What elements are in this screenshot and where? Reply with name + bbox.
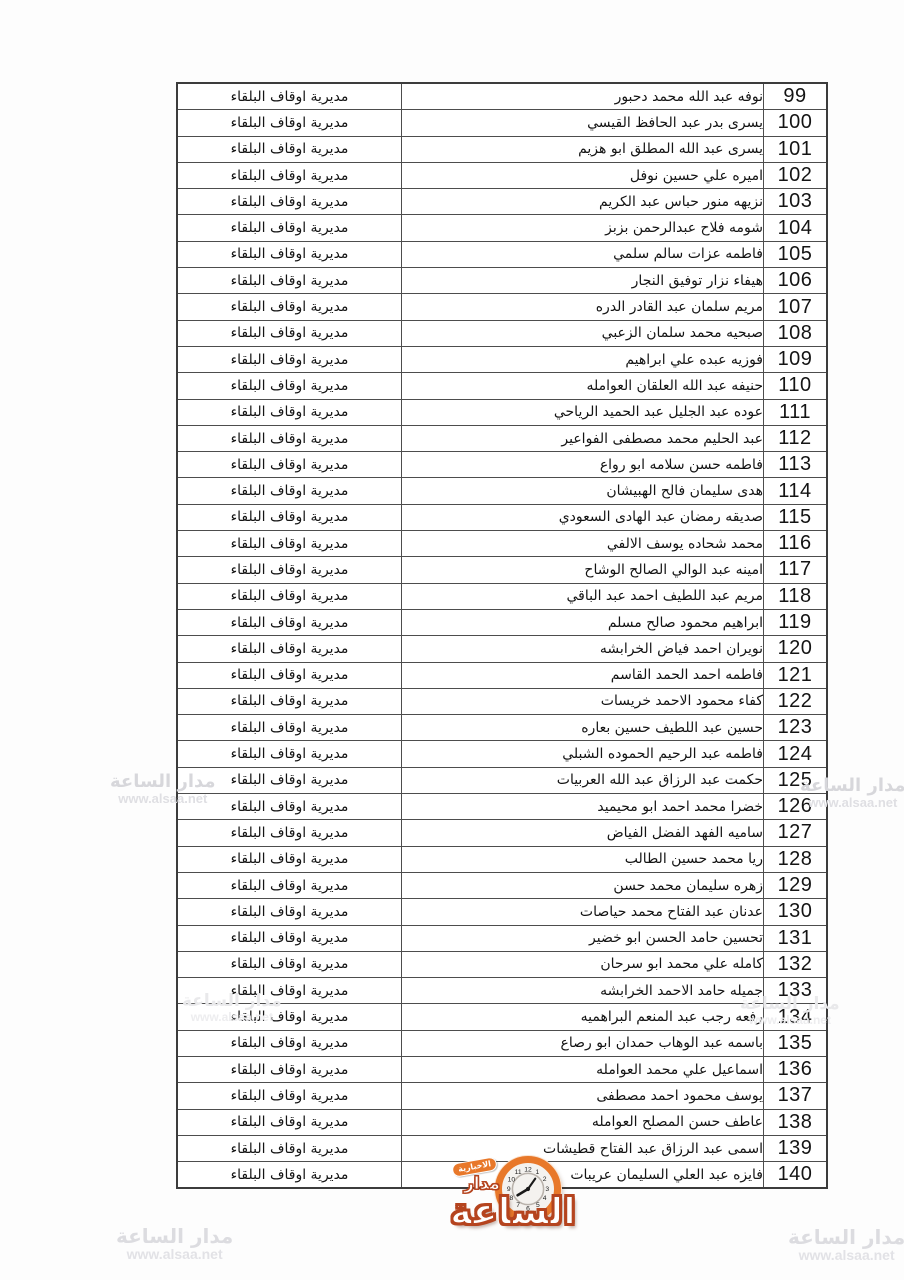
directorate-cell: مديرية اوقاف البلقاء [177, 767, 402, 793]
directorate-cell: مديرية اوقاف البلقاء [177, 636, 402, 662]
person-name-cell: عاطف حسن المصلح العوامله [402, 1109, 764, 1135]
directorate-cell: مديرية اوقاف البلقاء [177, 978, 402, 1004]
person-name-cell: حسين عبد اللطيف حسين بعاره [402, 715, 764, 741]
row-number-cell: 125 [764, 767, 828, 793]
table-row: 137 يوسف محمود احمد مصطفى مديرية اوقاف ا… [177, 1083, 827, 1109]
table-row: 100 يسرى بدر عبد الحافظ القيسي مديرية او… [177, 110, 827, 136]
table-row: 104 شومه فلاح عبدالرحمن بزبز مديرية اوقا… [177, 215, 827, 241]
table-row: 131 تحسين حامد الحسن ابو خضير مديرية اوق… [177, 925, 827, 951]
row-number-cell: 103 [764, 189, 828, 215]
roster-table: 99 نوفه عبد الله محمد دحبور مديرية اوقاف… [176, 82, 828, 1189]
directorate-cell: مديرية اوقاف البلقاء [177, 951, 402, 977]
row-number-cell: 131 [764, 925, 828, 951]
table-row: 134 رفعه رجب عبد المنعم البراهميه مديرية… [177, 1004, 827, 1030]
table-row: 106 هيفاء نزار توفيق النجار مديرية اوقاف… [177, 268, 827, 294]
person-name-cell: اسماعيل علي محمد العوامله [402, 1056, 764, 1082]
row-number-cell: 109 [764, 346, 828, 372]
person-name-cell: كامله علي محمد ابو سرحان [402, 951, 764, 977]
person-name-cell: شومه فلاح عبدالرحمن بزبز [402, 215, 764, 241]
person-name-cell: اميره علي حسين نوفل [402, 162, 764, 188]
table-row: 108 صبحيه محمد سلمان الزعبي مديرية اوقاف… [177, 320, 827, 346]
person-name-cell: باسمه عبد الوهاب حمدان ابو رصاع [402, 1030, 764, 1056]
person-name-cell: مريم عبد اللطيف احمد عبد الباقي [402, 583, 764, 609]
directorate-cell: مديرية اوقاف البلقاء [177, 1004, 402, 1030]
directorate-cell: مديرية اوقاف البلقاء [177, 1162, 402, 1189]
person-name-cell: يوسف محمود احمد مصطفى [402, 1083, 764, 1109]
row-number-cell: 128 [764, 846, 828, 872]
directorate-cell: مديرية اوقاف البلقاء [177, 820, 402, 846]
person-name-cell: زهره سليمان محمد حسن [402, 872, 764, 898]
watermark-url-text: www.alsaa.net [116, 1247, 233, 1262]
row-number-cell: 105 [764, 241, 828, 267]
svg-text:12: 12 [524, 1166, 532, 1173]
row-number-cell: 119 [764, 609, 828, 635]
directorate-cell: مديرية اوقاف البلقاء [177, 294, 402, 320]
row-number-cell: 112 [764, 425, 828, 451]
row-number-cell: 117 [764, 557, 828, 583]
table-row: 133 جميله حامد الاحمد الخرابشه مديرية او… [177, 978, 827, 1004]
table-row: 110 حنيفه عبد الله العلقان العوامله مدير… [177, 373, 827, 399]
row-number-cell: 120 [764, 636, 828, 662]
person-name-cell: مريم سلمان عبد القادر الدره [402, 294, 764, 320]
table-row: 130 عدنان عبد الفتاح محمد حياصات مديرية … [177, 899, 827, 925]
table-row: 119 ابراهيم محمود صالح مسلم مديرية اوقاف… [177, 609, 827, 635]
roster-table-wrap: 99 نوفه عبد الله محمد دحبور مديرية اوقاف… [176, 82, 828, 1189]
directorate-cell: مديرية اوقاف البلقاء [177, 715, 402, 741]
row-number-cell: 100 [764, 110, 828, 136]
directorate-cell: مديرية اوقاف البلقاء [177, 399, 402, 425]
directorate-cell: مديرية اوقاف البلقاء [177, 925, 402, 951]
row-number-cell: 104 [764, 215, 828, 241]
svg-text:10: 10 [508, 1177, 516, 1184]
directorate-cell: مديرية اوقاف البلقاء [177, 1030, 402, 1056]
table-row: 113 فاطمه حسن سلامه ابو رواع مديرية اوقا… [177, 452, 827, 478]
directorate-cell: مديرية اوقاف البلقاء [177, 899, 402, 925]
person-name-cell: ريا محمد حسين الطالب [402, 846, 764, 872]
table-row: 115 صديقه رمضان عبد الهادى السعودي مديري… [177, 504, 827, 530]
directorate-cell: مديرية اوقاف البلقاء [177, 136, 402, 162]
table-row: 105 فاطمه عزات سالم سلمي مديرية اوقاف ال… [177, 241, 827, 267]
directorate-cell: مديرية اوقاف البلقاء [177, 583, 402, 609]
logo-small-title: مدار [464, 1174, 500, 1194]
watermark-arabic-text: مدار الساعة [116, 1226, 233, 1247]
directorate-cell: مديرية اوقاف البلقاء [177, 241, 402, 267]
person-name-cell: نوفه عبد الله محمد دحبور [402, 83, 764, 110]
table-row: 138 عاطف حسن المصلح العوامله مديرية اوقا… [177, 1109, 827, 1135]
table-row: 121 فاطمه احمد الحمد القاسم مديرية اوقاف… [177, 662, 827, 688]
person-name-cell: فاطمه عزات سالم سلمي [402, 241, 764, 267]
directorate-cell: مديرية اوقاف البلقاء [177, 452, 402, 478]
person-name-cell: فوزيه عبده علي ابراهيم [402, 346, 764, 372]
table-row: 102 اميره علي حسين نوفل مديرية اوقاف الب… [177, 162, 827, 188]
watermark-url-text: www.alsaa.net [788, 1248, 904, 1263]
table-row: 117 امينه عبد الوالي الصالح الوشاح مديري… [177, 557, 827, 583]
directorate-cell: مديرية اوقاف البلقاء [177, 609, 402, 635]
watermark-bottom-left: مدار الساعة www.alsaa.net [116, 1226, 233, 1262]
row-number-cell: 134 [764, 1004, 828, 1030]
person-name-cell: صبحيه محمد سلمان الزعبي [402, 320, 764, 346]
row-number-cell: 106 [764, 268, 828, 294]
row-number-cell: 108 [764, 320, 828, 346]
row-number-cell: 111 [764, 399, 828, 425]
directorate-cell: مديرية اوقاف البلقاء [177, 189, 402, 215]
directorate-cell: مديرية اوقاف البلقاء [177, 425, 402, 451]
row-number-cell: 139 [764, 1135, 828, 1161]
directorate-cell: مديرية اوقاف البلقاء [177, 504, 402, 530]
person-name-cell: فاطمه حسن سلامه ابو رواع [402, 452, 764, 478]
person-name-cell: عوده عبد الجليل عبد الحميد الرياحي [402, 399, 764, 425]
table-row: 122 كفاء محمود الاحمد خريسات مديرية اوقا… [177, 688, 827, 714]
watermark-arabic-text: مدار الساعة [788, 1227, 904, 1248]
directorate-cell: مديرية اوقاف البلقاء [177, 1135, 402, 1161]
table-row: 107 مريم سلمان عبد القادر الدره مديرية ا… [177, 294, 827, 320]
row-number-cell: 140 [764, 1162, 828, 1189]
row-number-cell: 107 [764, 294, 828, 320]
directorate-cell: مديرية اوقاف البلقاء [177, 346, 402, 372]
person-name-cell: كفاء محمود الاحمد خريسات [402, 688, 764, 714]
directorate-cell: مديرية اوقاف البلقاء [177, 1056, 402, 1082]
row-number-cell: 115 [764, 504, 828, 530]
table-row: 111 عوده عبد الجليل عبد الحميد الرياحي م… [177, 399, 827, 425]
person-name-cell: ساميه الفهد الفضل الفياض [402, 820, 764, 846]
row-number-cell: 124 [764, 741, 828, 767]
person-name-cell: يسرى عبد الله المطلق ابو هزيم [402, 136, 764, 162]
person-name-cell: صديقه رمضان عبد الهادى السعودي [402, 504, 764, 530]
row-number-cell: 101 [764, 136, 828, 162]
table-row: 112 عبد الحليم محمد مصطفى الفواعير مديري… [177, 425, 827, 451]
table-row: 109 فوزيه عبده علي ابراهيم مديرية اوقاف … [177, 346, 827, 372]
row-number-cell: 132 [764, 951, 828, 977]
directorate-cell: مديرية اوقاف البلقاء [177, 110, 402, 136]
directorate-cell: مديرية اوقاف البلقاء [177, 268, 402, 294]
person-name-cell: خضرا محمد احمد ابو محيميد [402, 794, 764, 820]
site-logo: 1212 345 678 91011 الاخبارية مدار الساعة [450, 1150, 625, 1245]
person-name-cell: رفعه رجب عبد المنعم البراهميه [402, 1004, 764, 1030]
svg-text:1: 1 [535, 1169, 539, 1176]
table-row: 99 نوفه عبد الله محمد دحبور مديرية اوقاف… [177, 83, 827, 110]
table-row: 101 يسرى عبد الله المطلق ابو هزيم مديرية… [177, 136, 827, 162]
directorate-cell: مديرية اوقاف البلقاء [177, 162, 402, 188]
row-number-cell: 121 [764, 662, 828, 688]
person-name-cell: فاطمه احمد الحمد القاسم [402, 662, 764, 688]
table-row: 103 نزيهه منور حباس عبد الكريم مديرية او… [177, 189, 827, 215]
table-row: 114 هدى سليمان فالح الهبيشان مديرية اوقا… [177, 478, 827, 504]
row-number-cell: 129 [764, 872, 828, 898]
table-row: 129 زهره سليمان محمد حسن مديرية اوقاف ال… [177, 872, 827, 898]
svg-text:11: 11 [515, 1169, 522, 1176]
table-row: 135 باسمه عبد الوهاب حمدان ابو رصاع مدير… [177, 1030, 827, 1056]
person-name-cell: ابراهيم محمود صالح مسلم [402, 609, 764, 635]
table-row: 127 ساميه الفهد الفضل الفياض مديرية اوقا… [177, 820, 827, 846]
person-name-cell: حنيفه عبد الله العلقان العوامله [402, 373, 764, 399]
table-row: 124 فاطمه عبد الرحيم الحموده الشبلي مدير… [177, 741, 827, 767]
person-name-cell: عدنان عبد الفتاح محمد حياصات [402, 899, 764, 925]
person-name-cell: عبد الحليم محمد مصطفى الفواعير [402, 425, 764, 451]
directorate-cell: مديرية اوقاف البلقاء [177, 531, 402, 557]
roster-table-body: 99 نوفه عبد الله محمد دحبور مديرية اوقاف… [177, 83, 827, 1188]
directorate-cell: مديرية اوقاف البلقاء [177, 557, 402, 583]
row-number-cell: 126 [764, 794, 828, 820]
directorate-cell: مديرية اوقاف البلقاء [177, 846, 402, 872]
directorate-cell: مديرية اوقاف البلقاء [177, 1109, 402, 1135]
table-row: 118 مريم عبد اللطيف احمد عبد الباقي مدير… [177, 583, 827, 609]
row-number-cell: 110 [764, 373, 828, 399]
row-number-cell: 135 [764, 1030, 828, 1056]
directorate-cell: مديرية اوقاف البلقاء [177, 794, 402, 820]
row-number-cell: 137 [764, 1083, 828, 1109]
directorate-cell: مديرية اوقاف البلقاء [177, 215, 402, 241]
person-name-cell: جميله حامد الاحمد الخرابشه [402, 978, 764, 1004]
row-number-cell: 127 [764, 820, 828, 846]
directorate-cell: مديرية اوقاف البلقاء [177, 662, 402, 688]
row-number-cell: 102 [764, 162, 828, 188]
person-name-cell: هيفاء نزار توفيق النجار [402, 268, 764, 294]
watermark-bottom-right: مدار الساعة www.alsaa.net [788, 1227, 904, 1263]
person-name-cell: فاطمه عبد الرحيم الحموده الشبلي [402, 741, 764, 767]
person-name-cell: حكمت عبد الرزاق عبد الله العربيات [402, 767, 764, 793]
table-row: 136 اسماعيل علي محمد العوامله مديرية اوق… [177, 1056, 827, 1082]
table-row: 120 نويران احمد فياض الخرابشه مديرية اوق… [177, 636, 827, 662]
row-number-cell: 116 [764, 531, 828, 557]
row-number-cell: 133 [764, 978, 828, 1004]
row-number-cell: 99 [764, 83, 828, 110]
directorate-cell: مديرية اوقاف البلقاء [177, 83, 402, 110]
row-number-cell: 113 [764, 452, 828, 478]
scanned-document-page: 99 نوفه عبد الله محمد دحبور مديرية اوقاف… [0, 0, 904, 1280]
person-name-cell: تحسين حامد الحسن ابو خضير [402, 925, 764, 951]
row-number-cell: 118 [764, 583, 828, 609]
person-name-cell: امينه عبد الوالي الصالح الوشاح [402, 557, 764, 583]
directorate-cell: مديرية اوقاف البلقاء [177, 478, 402, 504]
directorate-cell: مديرية اوقاف البلقاء [177, 688, 402, 714]
person-name-cell: نويران احمد فياض الخرابشه [402, 636, 764, 662]
table-row: 126 خضرا محمد احمد ابو محيميد مديرية اوق… [177, 794, 827, 820]
svg-text:2: 2 [543, 1176, 547, 1183]
row-number-cell: 136 [764, 1056, 828, 1082]
directorate-cell: مديرية اوقاف البلقاء [177, 872, 402, 898]
directorate-cell: مديرية اوقاف البلقاء [177, 373, 402, 399]
person-name-cell: هدى سليمان فالح الهبيشان [402, 478, 764, 504]
table-row: 123 حسين عبد اللطيف حسين بعاره مديرية او… [177, 715, 827, 741]
row-number-cell: 123 [764, 715, 828, 741]
table-row: 125 حكمت عبد الرزاق عبد الله العربيات مد… [177, 767, 827, 793]
person-name-cell: محمد شحاده يوسف الالفي [402, 531, 764, 557]
row-number-cell: 122 [764, 688, 828, 714]
row-number-cell: 114 [764, 478, 828, 504]
table-row: 132 كامله علي محمد ابو سرحان مديرية اوقا… [177, 951, 827, 977]
directorate-cell: مديرية اوقاف البلقاء [177, 1083, 402, 1109]
person-name-cell: نزيهه منور حباس عبد الكريم [402, 189, 764, 215]
person-name-cell: يسرى بدر عبد الحافظ القيسي [402, 110, 764, 136]
table-row: 128 ريا محمد حسين الطالب مديرية اوقاف ال… [177, 846, 827, 872]
row-number-cell: 130 [764, 899, 828, 925]
logo-big-title: الساعة [450, 1190, 576, 1233]
directorate-cell: مديرية اوقاف البلقاء [177, 320, 402, 346]
table-row: 116 محمد شحاده يوسف الالفي مديرية اوقاف … [177, 531, 827, 557]
directorate-cell: مديرية اوقاف البلقاء [177, 741, 402, 767]
row-number-cell: 138 [764, 1109, 828, 1135]
